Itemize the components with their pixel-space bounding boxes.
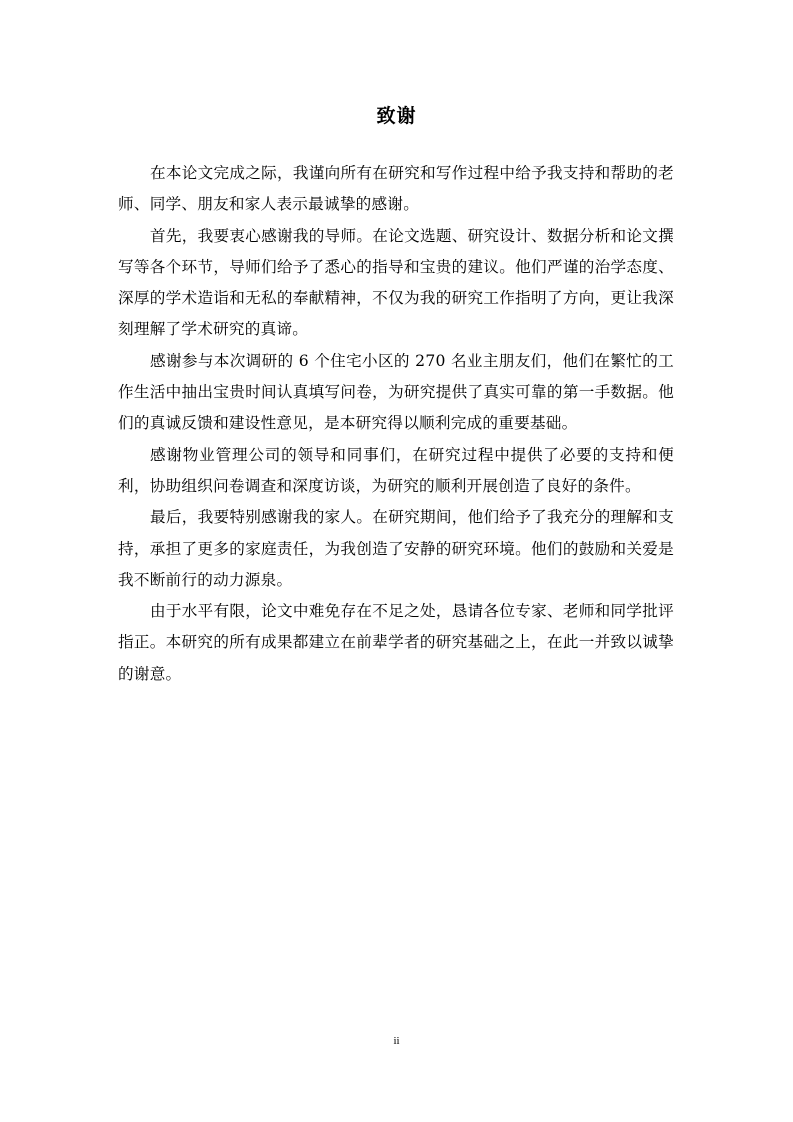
page-title: 致谢: [0, 104, 793, 128]
paragraph-intro: 在本论文完成之际，我谨向所有在研究和写作过程中给予我支持和帮助的老师、同学、朋友…: [118, 158, 674, 221]
acknowledgement-body: 在本论文完成之际，我谨向所有在研究和写作过程中给予我支持和帮助的老师、同学、朋友…: [118, 158, 674, 690]
page-number: ii: [0, 1034, 793, 1048]
paragraph-participants: 感谢参与本次调研的 6 个住宅小区的 270 名业主朋友们，他们在繁忙的工作生活…: [118, 346, 674, 440]
paragraph-family: 最后，我要特别感谢我的家人。在研究期间，他们给予了我充分的理解和支持，承担了更多…: [118, 502, 674, 596]
paragraph-closing: 由于水平有限，论文中难免存在不足之处，恳请各位专家、老师和同学批评指正。本研究的…: [118, 596, 674, 690]
paragraph-advisor: 首先，我要衷心感谢我的导师。在论文选题、研究设计、数据分析和论文撰写等各个环节，…: [118, 221, 674, 346]
document-page: 致谢 在本论文完成之际，我谨向所有在研究和写作过程中给予我支持和帮助的老师、同学…: [0, 0, 793, 1122]
paragraph-company: 感谢物业管理公司的领导和同事们，在研究过程中提供了必要的支持和便利，协助组织问卷…: [118, 440, 674, 503]
